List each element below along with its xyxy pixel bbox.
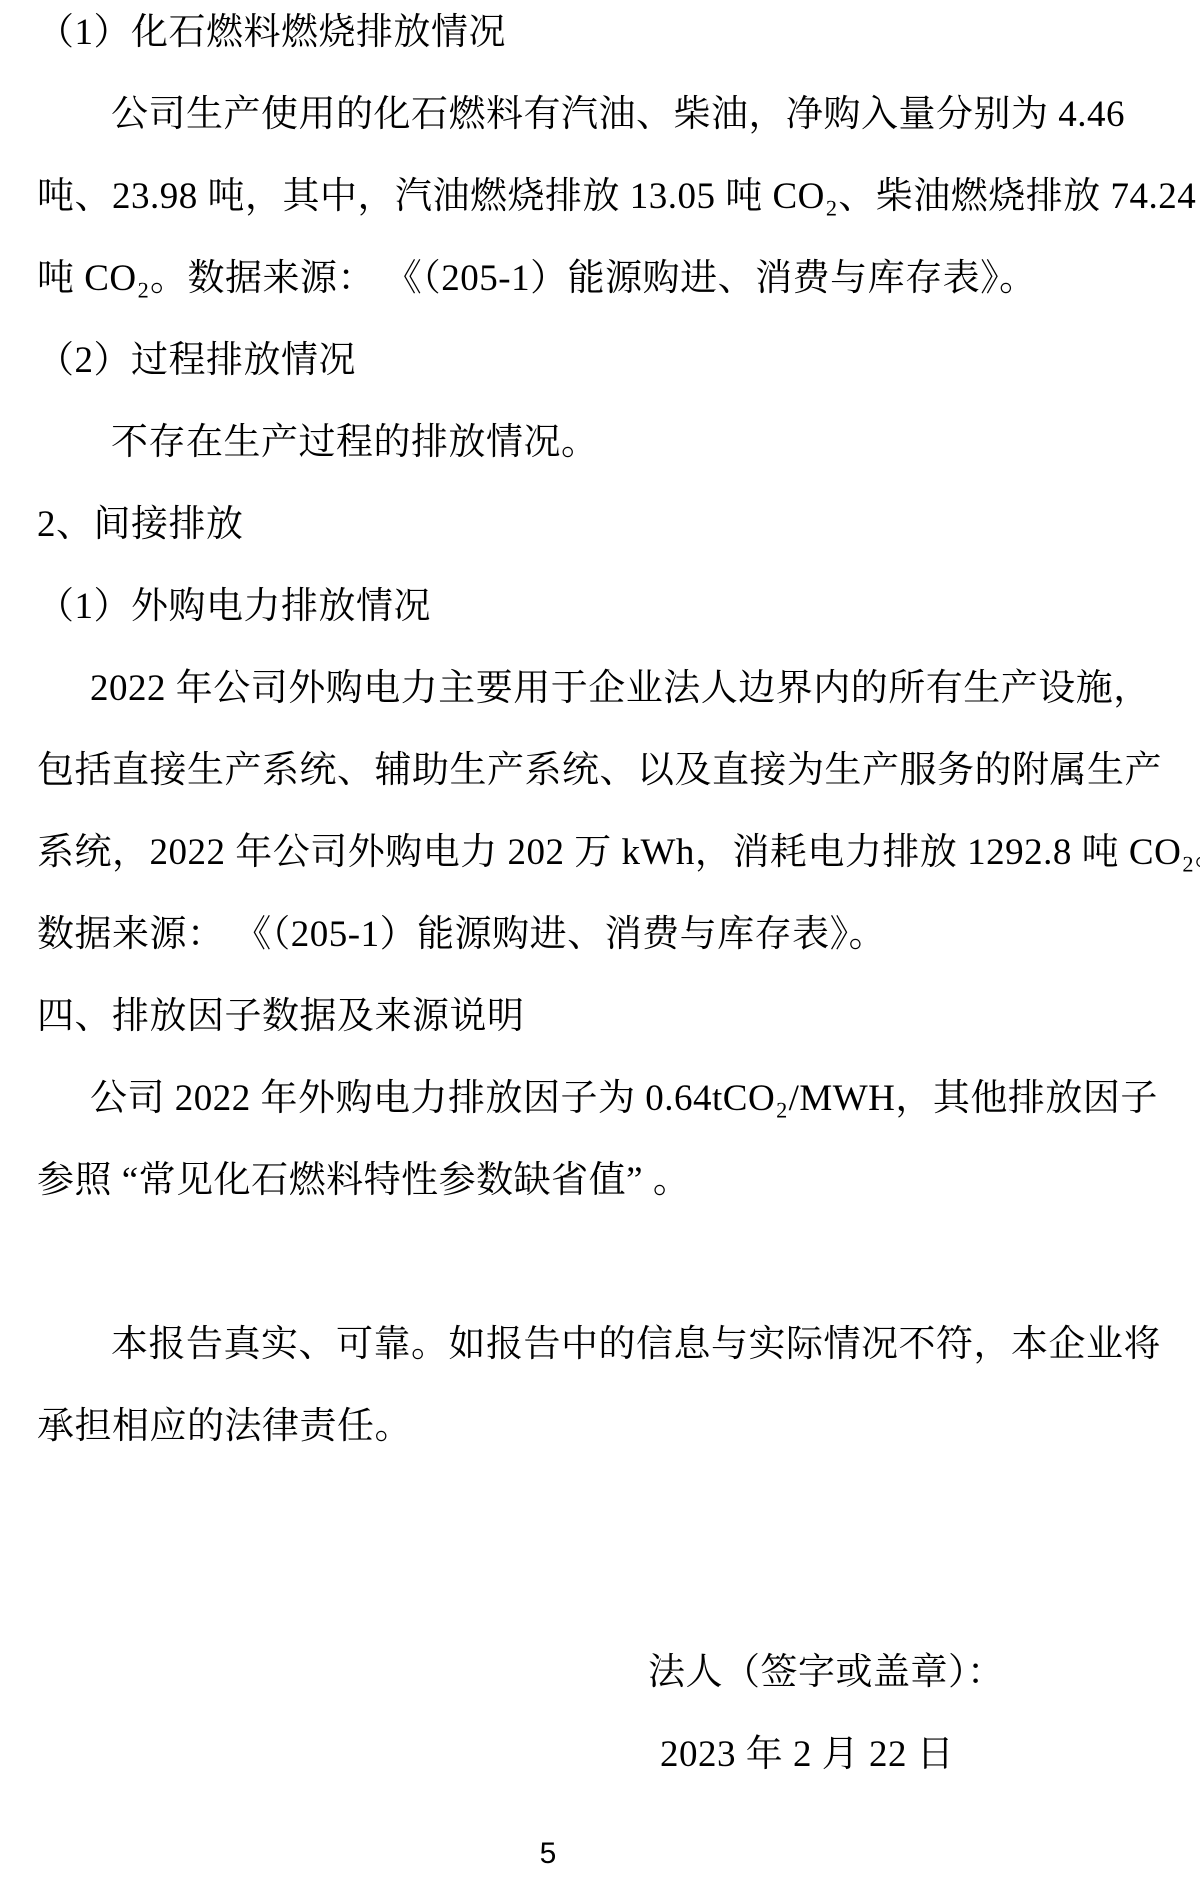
signature-date: 2023 年 2 月 22 日 — [660, 1714, 954, 1796]
page-number: 5 — [528, 1824, 568, 1884]
heading-purchased-electricity: （1）外购电力排放情况 — [37, 566, 1170, 648]
para-declaration-line-1: 本报告真实、可靠。如报告中的信息与实际情况不符，本企业将 — [37, 1304, 1170, 1386]
para-electricity-line-2: 包括直接生产系统、辅助生产系统、以及直接为生产服务的附属生产 — [37, 730, 1170, 812]
document-page: （1）化石燃料燃烧排放情况 公司生产使用的化石燃料有汽油、柴油，净购入量分别为 … — [0, 0, 1200, 1888]
para-fossil-line-2: 吨、23.98 吨，其中，汽油燃烧排放 13.05 吨 CO₂、柴油燃烧排放 7… — [37, 156, 1170, 238]
heading-process-emissions: （2）过程排放情况 — [37, 320, 1170, 402]
heading-emission-factors: 四、排放因子数据及来源说明 — [37, 976, 1170, 1058]
para-electricity-line-4: 数据来源： 《（205-1）能源购进、消费与库存表》。 — [37, 894, 1170, 976]
para-declaration-line-2: 承担相应的法律责任。 — [37, 1386, 1170, 1468]
heading-indirect-emissions: 2、间接排放 — [37, 484, 1170, 566]
para-factors-line-1: 公司 2022 年外购电力排放因子为 0.64tCO₂/MWH，其他排放因子 — [37, 1058, 1170, 1140]
para-factors-line-2: 参照 “常见化石燃料特性参数缺省值” 。 — [37, 1140, 1170, 1222]
para-fossil-line-1: 公司生产使用的化石燃料有汽油、柴油，净购入量分别为 4.46 — [37, 74, 1170, 156]
heading-fossil-fuel-emissions: （1）化石燃料燃烧排放情况 — [37, 0, 1170, 74]
para-electricity-line-3: 系统，2022 年公司外购电力 202 万 kWh，消耗电力排放 1292.8 … — [37, 812, 1170, 894]
para-process-line-1: 不存在生产过程的排放情况。 — [37, 402, 1170, 484]
signature-label: 法人（签字或盖章）： — [648, 1632, 1005, 1714]
para-fossil-line-3: 吨 CO₂。数据来源： 《（205-1）能源购进、消费与库存表》。 — [37, 238, 1170, 320]
para-electricity-line-1: 2022 年公司外购电力主要用于企业法人边界内的所有生产设施， — [37, 648, 1170, 730]
